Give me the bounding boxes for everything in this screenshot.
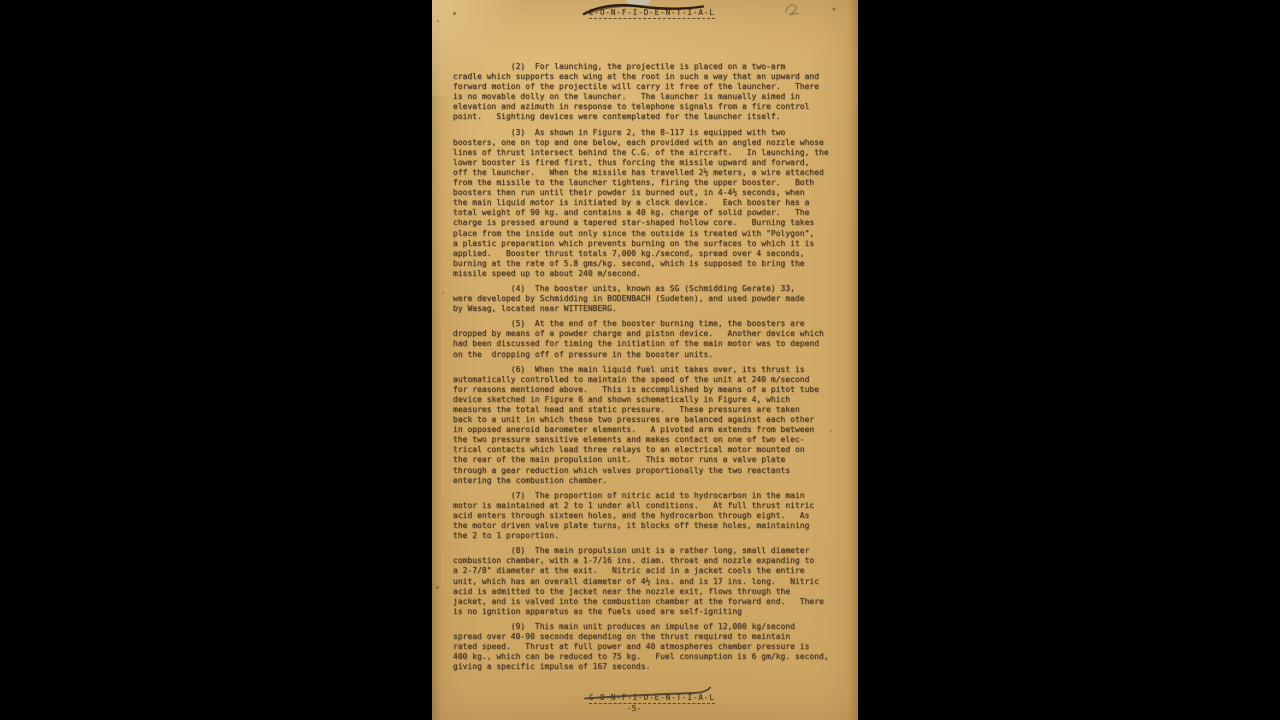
page-number: -5-: [432, 704, 836, 713]
paper-speck: [453, 12, 456, 15]
paragraph: (3) As shown in Figure 2, the 8-117 is e…: [453, 128, 845, 279]
document-body: (2) For launching, the projectile is pla…: [453, 62, 845, 677]
pencil-mark-icon: [780, 0, 850, 20]
paragraph: (9) This main unit produces an impulse o…: [453, 622, 845, 672]
classification-stamp-bottom: C-O-N-F-I-D-E-N-T-I-A-L: [589, 693, 715, 704]
paragraph: (2) For launching, the projectile is pla…: [453, 62, 845, 123]
paper-speck: [437, 20, 439, 22]
paragraph: (7) The proportion of nitric acid to hyd…: [453, 491, 845, 541]
paragraph: (5) At the end of the booster burning ti…: [453, 319, 845, 359]
paragraph: (6) When the main liquid fuel unit takes…: [453, 365, 845, 486]
photo-background: C-O-N-F-I-D-E-N-T-I-A-L (2) For launchin…: [0, 0, 1280, 720]
paragraph: (8) The main propulsion unit is a rather…: [453, 546, 845, 617]
paper-speck: [436, 586, 439, 589]
paper-speck: [442, 292, 444, 294]
paragraph: (4) The booster units, known as SG (Schm…: [453, 284, 845, 314]
classification-stamp-top: C-O-N-F-I-D-E-N-T-I-A-L: [589, 8, 715, 19]
paper-torn-notch: [626, 0, 650, 5]
scanned-document-page: C-O-N-F-I-D-E-N-T-I-A-L (2) For launchin…: [432, 0, 858, 720]
